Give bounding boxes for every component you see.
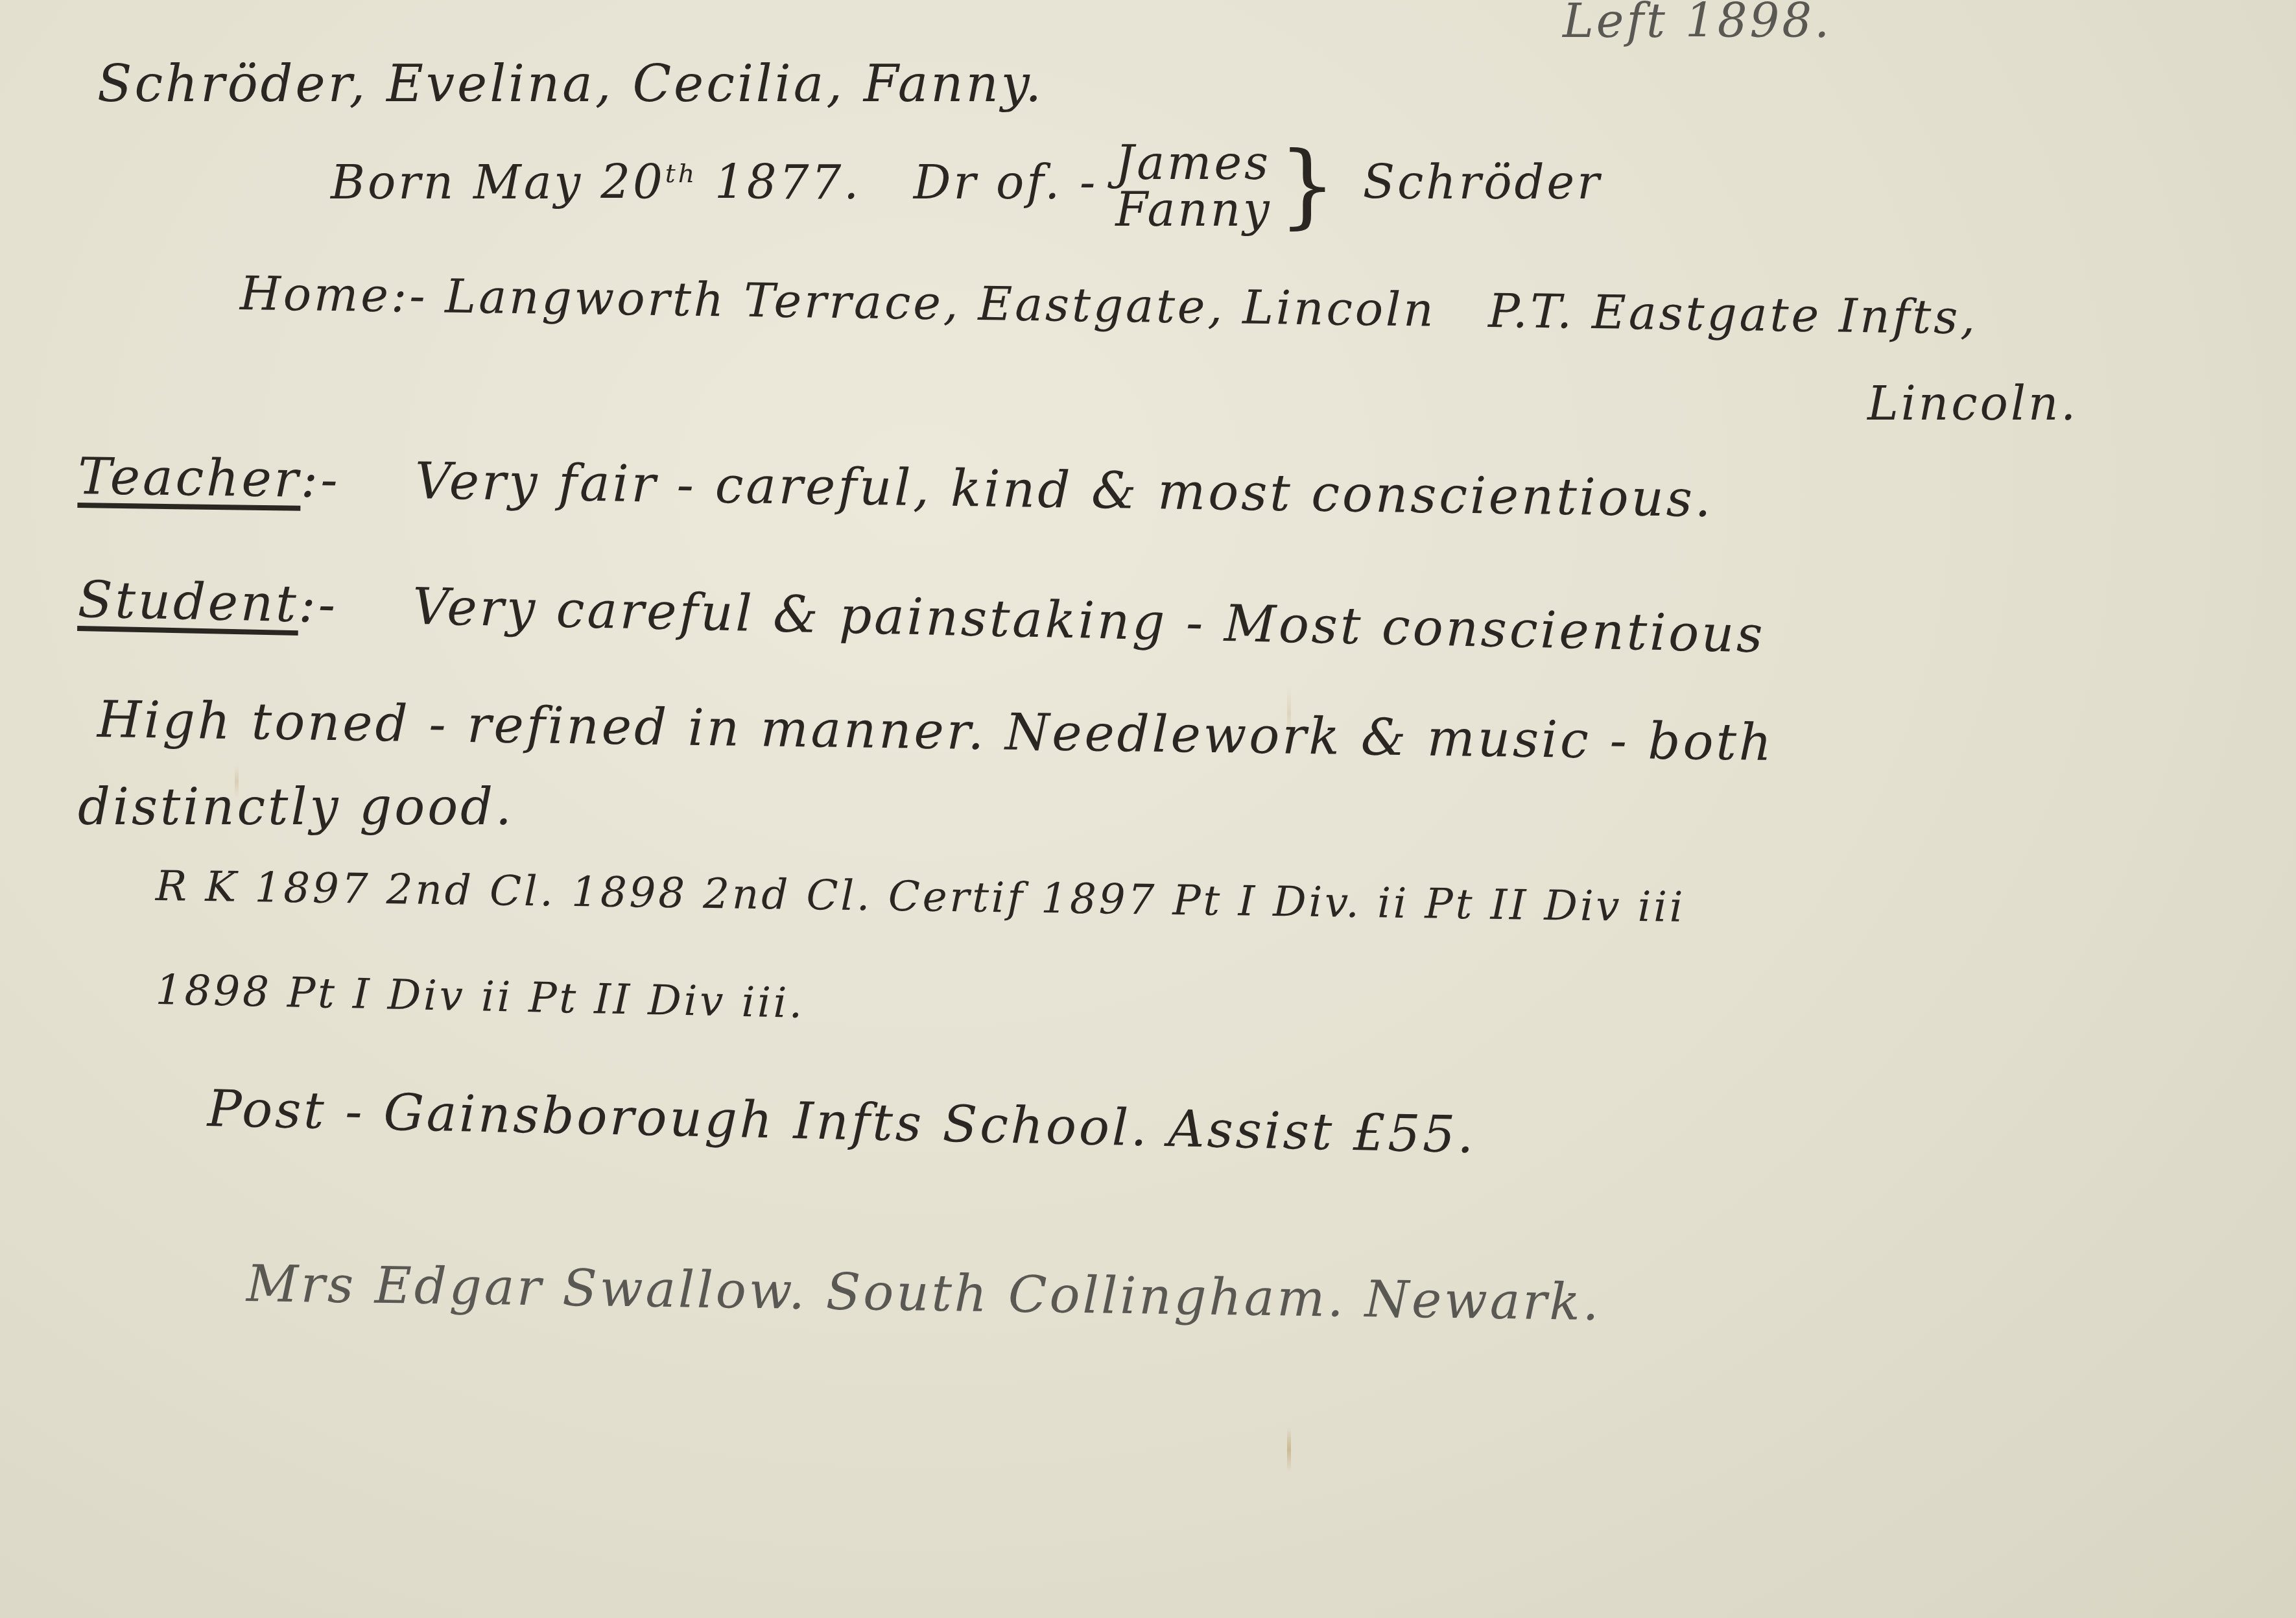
home-address: Langworth Terrace, Eastgate, Lincoln	[445, 268, 1436, 337]
student-comment-3: distinctly good.	[78, 778, 514, 837]
parent-father: James	[1115, 139, 1272, 186]
exam-results-line-2: 1898 Pt I Div ii Pt II Div iii.	[155, 966, 805, 1028]
student-comment-1: Very careful & painstaking - Most consci…	[412, 578, 1766, 665]
student-name-heading: Schröder, Evelina, Cecilia, Fanny.	[97, 55, 1044, 113]
post-label: Post	[207, 1080, 327, 1141]
born-date-suffix: th	[665, 159, 697, 189]
daughter-of-label: Dr of. -	[914, 155, 1098, 209]
teacher-comment: Very fair - careful, kind & most conscie…	[414, 452, 1714, 529]
left-date-note: Left 1898.	[1563, 0, 1832, 48]
home-label: Home:-	[239, 266, 428, 323]
teacher-separator: :-	[300, 451, 340, 510]
parent-mother: Fanny	[1115, 186, 1272, 233]
born-year: 1877.	[715, 155, 861, 209]
parents-stack: James Fanny	[1115, 139, 1272, 233]
brace-glyph: }	[1279, 133, 1339, 239]
post-line: Post - Gainsborough Infts School. Assist…	[207, 1080, 1476, 1165]
student-separator: :-	[298, 575, 339, 634]
student-comment-2: High toned - refined in manner. Needlewo…	[97, 691, 1774, 772]
pt-label: P.T.	[1488, 283, 1575, 339]
home-line: Home:- Langworth Terrace, Eastgate, Linc…	[239, 266, 1978, 344]
born-date: May 20	[473, 155, 665, 209]
pt-town: Lincoln.	[1867, 376, 2078, 431]
exam-results-line-1: R K 1897 2nd Cl. 1898 2nd Cl. Certif 189…	[155, 863, 1685, 932]
student-label: Student	[77, 571, 299, 634]
born-label: Born	[331, 155, 456, 209]
birth-line: Born May 20th 1877. Dr of. - James Fanny…	[331, 133, 1602, 239]
student-line: Student:- Very careful & painstaking - M…	[77, 571, 1766, 664]
later-address: Mrs Edgar Swallow. South Collingham. New…	[246, 1255, 1602, 1332]
paper-stain	[1287, 1427, 1291, 1472]
teacher-label: Teacher	[77, 447, 301, 509]
pt-school: Eastgate Infts,	[1592, 285, 1978, 344]
post-text: - Gainsborough Infts School. Assist £55.	[344, 1082, 1476, 1165]
register-page: Left 1898. Schröder, Evelina, Cecilia, F…	[0, 0, 2296, 1618]
parents-surname: Schröder	[1363, 155, 1602, 209]
teacher-line: Teacher:- Very fair - careful, kind & mo…	[77, 447, 1714, 529]
